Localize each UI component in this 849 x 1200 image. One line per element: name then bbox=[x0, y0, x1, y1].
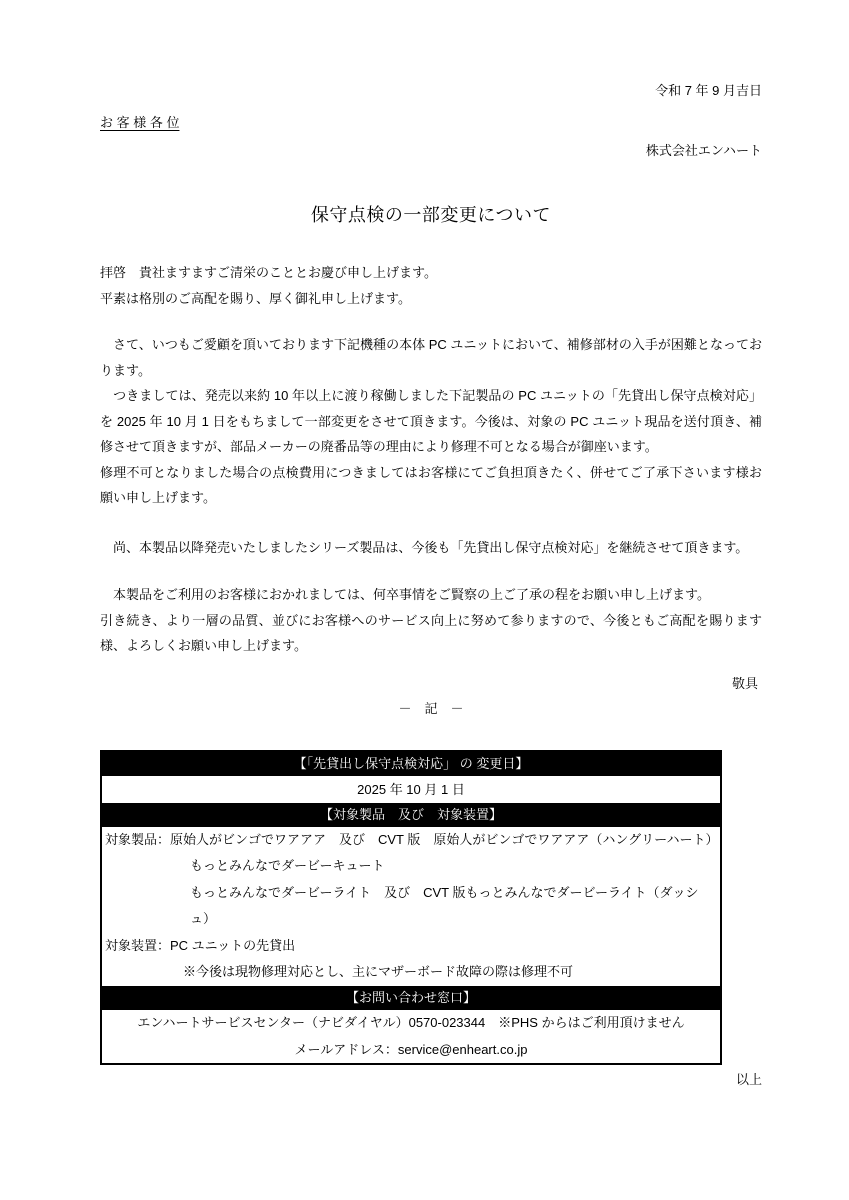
body-paragraph-1: さて、いつもご愛顧を頂いております下記機種の本体 PC ユニットにおいて、補修部… bbox=[100, 332, 762, 383]
recipient-text: お 客 様 各 位 bbox=[100, 115, 179, 130]
contact-line-phone: エンハートサービスセンター（ナビダイヤル）0570-023344 ※PHS から… bbox=[102, 1010, 720, 1037]
body-paragraph-6: 引き続き、より一層の品質、並びにお客様へのサービス向上に努めて参りますので、今後… bbox=[100, 608, 762, 659]
closing-keigu: 敬具 bbox=[100, 671, 762, 697]
table-header-target: 【対象製品 及び 対象装置】 bbox=[102, 803, 720, 827]
product-line-1: 対象製品：原始人がビンゴでワアアア 及び CVT 版 原始人がビンゴでワアアア（… bbox=[105, 827, 714, 854]
table-row-contact: エンハートサービスセンター（ナビダイヤル）0570-023344 ※PHS から… bbox=[102, 1010, 720, 1063]
body-paragraph-3: 修理不可となりました場合の点検費用につきましてはお客様にてご負担頂きたく、併せて… bbox=[100, 460, 762, 511]
greeting-paragraph: 拝啓 貴社ますますご清栄のこととお慶び申し上げます。 平素は格別のご高配を賜り、… bbox=[100, 260, 762, 311]
product-line-2: もっとみんなでダービーキュート bbox=[105, 853, 714, 880]
letter-document: 令和 7 年 9 月吉日 お 客 様 各 位 株式会社エンハート 保守点検の一部… bbox=[0, 0, 849, 1200]
recipient-line: お 客 様 各 位 bbox=[100, 110, 762, 136]
record-separator: － 記 － bbox=[100, 696, 762, 722]
note-line: ※今後は現物修理対応とし、主にマザーボード故障の際は修理不可 bbox=[105, 959, 714, 986]
body-paragraph-5: 本製品をご利用のお客様におかれましては、何卒事情をご賢察の上ご了承の程をお願い申… bbox=[100, 582, 762, 608]
end-marker: 以上 bbox=[100, 1067, 762, 1093]
device-line: 対象装置：PC ユニットの先貸出 bbox=[105, 933, 714, 960]
table-value-change-date: 2025 年 10 月 1 日 bbox=[102, 776, 720, 803]
company-name: 株式会社エンハート bbox=[100, 138, 762, 164]
body-paragraph-2: つきましては、発売以来約 10 年以上に渡り稼働しました下記製品の PC ユニッ… bbox=[100, 383, 762, 460]
table-row-products: 対象製品：原始人がビンゴでワアアア 及び CVT 版 原始人がビンゴでワアアア（… bbox=[102, 827, 720, 987]
notice-table: 【「先貸出し保守点検対応」 の 変更日】 2025 年 10 月 1 日 【対象… bbox=[100, 750, 722, 1066]
greeting-line-1: 拝啓 貴社ますますご清栄のこととお慶び申し上げます。 bbox=[100, 260, 762, 286]
greeting-line-2: 平素は格別のご高配を賜り、厚く御礼申し上げます。 bbox=[100, 286, 762, 312]
document-title: 保守点検の一部変更について bbox=[100, 200, 762, 230]
table-header-contact: 【お問い合わせ窓口】 bbox=[102, 986, 720, 1010]
table-header-change-date: 【「先貸出し保守点検対応」 の 変更日】 bbox=[102, 752, 720, 776]
document-date: 令和 7 年 9 月吉日 bbox=[100, 78, 762, 104]
body-paragraph-4: 尚、本製品以降発売いたしましたシリーズ製品は、今後も「先貸出し保守点検対応」を継… bbox=[100, 535, 762, 561]
product-line-3: もっとみんなでダービーライト 及び CVT 版もっとみんなでダービーライト（ダッ… bbox=[105, 880, 714, 933]
contact-line-email: メールアドレス：service@enheart.co.jp bbox=[102, 1037, 720, 1064]
